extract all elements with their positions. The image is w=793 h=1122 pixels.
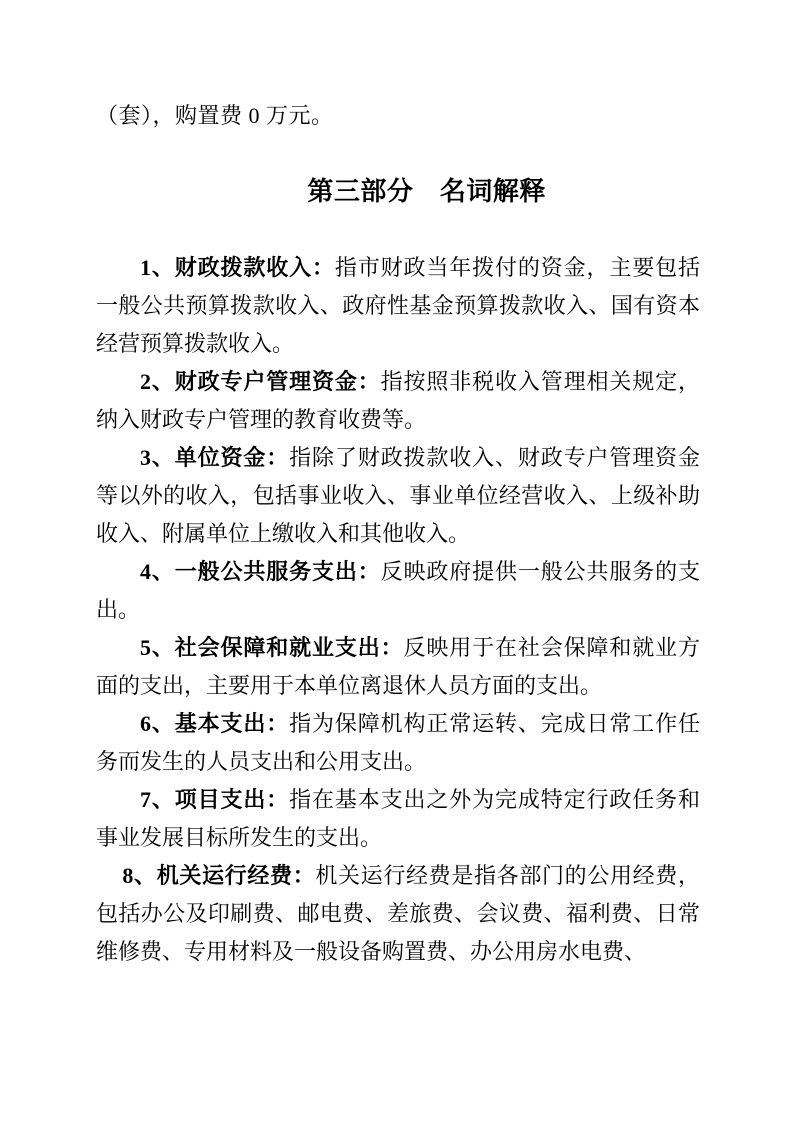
definitions-list: 1、财政拨款收入：指市财政当年拨付的资金，主要包括一般公共预算拨款收入、政府性基… xyxy=(96,249,700,971)
section-title: 第三部分 名词解释 xyxy=(96,173,700,209)
definition-term: 8、机关运行经费： xyxy=(122,863,315,888)
definition-item-1: 1、财政拨款收入：指市财政当年拨付的资金，主要包括一般公共预算拨款收入、政府性基… xyxy=(96,249,700,363)
definition-term: 5、社会保障和就业支出： xyxy=(140,635,404,660)
definition-term: 2、财政专户管理资金： xyxy=(140,369,381,394)
definition-item-5: 5、社会保障和就业支出：反映用于在社会保障和就业方面的支出，主要用于本单位离退休… xyxy=(96,629,700,705)
definition-term: 7、项目支出： xyxy=(140,787,289,812)
definition-item-6: 6、基本支出：指为保障机构正常运转、完成日常工作任务而发生的人员支出和公用支出。 xyxy=(96,705,700,781)
definition-term: 4、一般公共服务支出： xyxy=(140,559,381,584)
definition-term: 1、财政拨款收入： xyxy=(140,255,335,280)
definition-item-7: 7、项目支出：指在基本支出之外为完成特定行政任务和事业发展目标所发生的支出。 xyxy=(96,781,700,857)
definition-item-3: 3、单位资金：指除了财政拨款收入、财政专户管理资金等以外的收入，包括事业收入、事… xyxy=(96,439,700,553)
definition-item-2: 2、财政专户管理资金：指按照非税收入管理相关规定，纳入财政专户管理的教育收费等。 xyxy=(96,363,700,439)
definition-term: 3、单位资金： xyxy=(140,445,289,470)
definition-term: 6、基本支出： xyxy=(140,711,289,736)
carryover-line: （套），购置费 0 万元。 xyxy=(96,97,700,135)
document-page: （套），购置费 0 万元。 第三部分 名词解释 1、财政拨款收入：指市财政当年拨… xyxy=(0,0,793,1122)
definition-item-4: 4、一般公共服务支出：反映政府提供一般公共服务的支出。 xyxy=(96,553,700,629)
definition-item-8: 8、机关运行经费：机关运行经费是指各部门的公用经费，包括办公及印刷费、邮电费、差… xyxy=(96,857,700,971)
